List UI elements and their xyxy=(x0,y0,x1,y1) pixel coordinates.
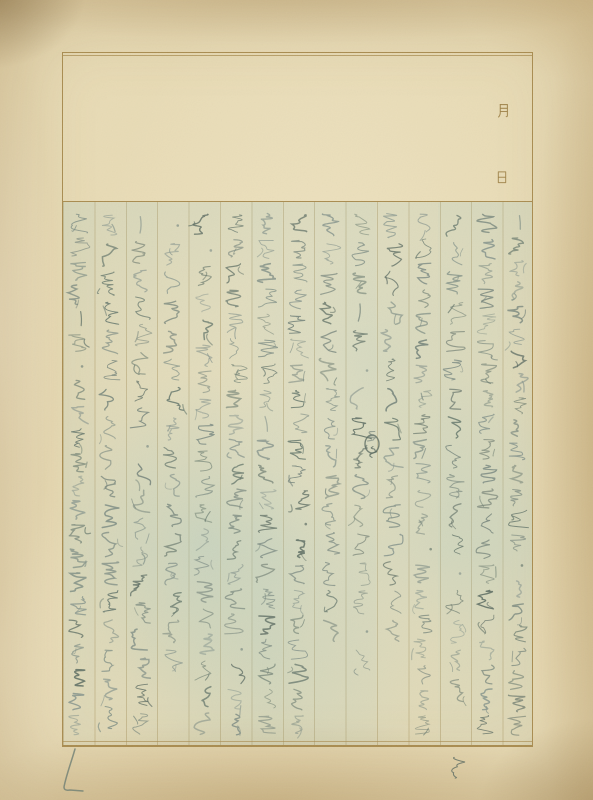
text-column xyxy=(344,202,375,745)
text-column xyxy=(63,202,94,745)
frame-bottom-inner-line xyxy=(62,741,533,742)
margin-hook-mark xyxy=(64,749,83,791)
text-column xyxy=(313,202,344,745)
text-column xyxy=(438,202,469,745)
text-column xyxy=(376,202,407,745)
writing-area xyxy=(63,202,532,745)
text-column xyxy=(219,202,250,745)
month-label xyxy=(495,101,512,120)
text-column xyxy=(94,202,125,745)
text-column xyxy=(501,202,532,745)
text-column xyxy=(251,202,282,745)
text-column xyxy=(157,202,188,745)
text-column xyxy=(469,202,500,745)
manuscript-page xyxy=(0,0,593,800)
ruled-frame xyxy=(62,52,533,747)
header-date-area xyxy=(63,53,532,202)
text-column xyxy=(407,202,438,745)
day-label xyxy=(494,168,510,186)
text-column xyxy=(282,202,313,745)
text-column xyxy=(126,202,157,745)
text-column xyxy=(188,202,219,745)
